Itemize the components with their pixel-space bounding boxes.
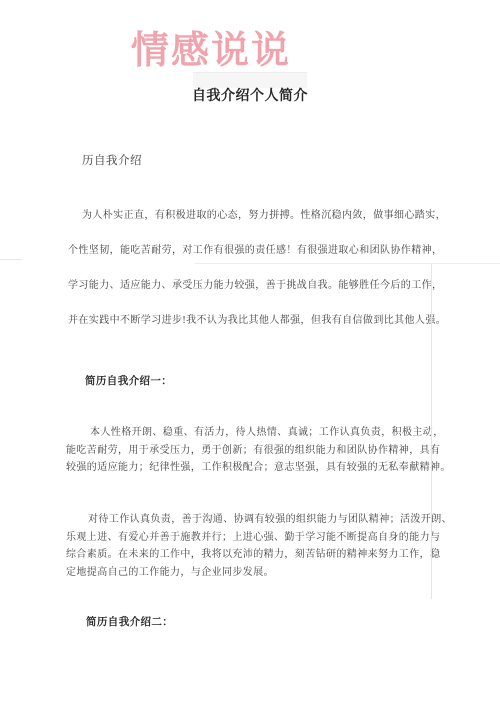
site-logo: 情感说说 xyxy=(131,30,291,70)
text-line: 为人朴实正直，有积极进取的心态，努力拼搏。性格沉稳内敛，做事细心踏实， xyxy=(68,198,446,233)
intro-heading: 历自我介绍 xyxy=(82,152,142,168)
text-line: 乐观上进、有爱心并善于施教并行；上进心强、勤于学习能不断提高自身的能力与 xyxy=(66,529,452,547)
page-title: 自我介绍个人简介 xyxy=(0,85,500,105)
text-line: 学习能力、适应能力、承受压力能力较强，善于挑战自我。能够胜任今后的工作， xyxy=(68,268,446,303)
paragraph-section-one-b: 对待工作认真负责，善于沟通、协调有较强的组织能力与团队精神；活泼开朗、 乐观上进… xyxy=(66,511,452,581)
text-line: 本人性格开朗、稳重、有活力，待人热情、真诚；工作认真负责，积极主动， xyxy=(66,424,451,442)
scan-artifact-left-line xyxy=(0,259,22,260)
section-one-heading: 简历自我介绍一： xyxy=(85,373,172,388)
text-line: 定地提高自己的工作能力，与企业同步发展。 xyxy=(66,564,452,582)
text-line: 能吃苦耐劳，用于承受压力，勇于创新；有很强的组织能力和团队协作精神，具有 xyxy=(66,442,451,460)
text-line: 综合素质。在未来的工作中，我将以充沛的精力，刻苦钻研的精神来努力工作，稳 xyxy=(66,546,452,564)
paragraph-section-one-a: 本人性格开朗、稳重、有活力，待人热情、真诚；工作认真负责，积极主动， 能吃苦耐劳… xyxy=(66,424,451,477)
document-page: 情感说说 自我介绍个人简介 历自我介绍 为人朴实正直，有积极进取的心态，努力拼搏… xyxy=(0,0,500,707)
scan-artifact-vertical-line xyxy=(431,264,432,599)
text-line: 并在实践中不断学习进步!我不认为我比其他人都强，但我有自信做到比其他人强。 xyxy=(68,303,446,338)
scan-artifact-horizontal-line xyxy=(195,263,500,264)
section-two-heading: 简历自我介绍二： xyxy=(86,614,173,629)
text-line: 对待工作认真负责，善于沟通、协调有较强的组织能力与团队精神；活泼开朗、 xyxy=(66,511,452,529)
text-line: 较强的适应能力；纪律性强，工作积极配合；意志坚强，具有较强的无私奉献精神。 xyxy=(66,459,451,477)
paragraph-intro: 为人朴实正直，有积极进取的心态，努力拼搏。性格沉稳内敛，做事细心踏实， 个性坚韧… xyxy=(68,198,446,338)
